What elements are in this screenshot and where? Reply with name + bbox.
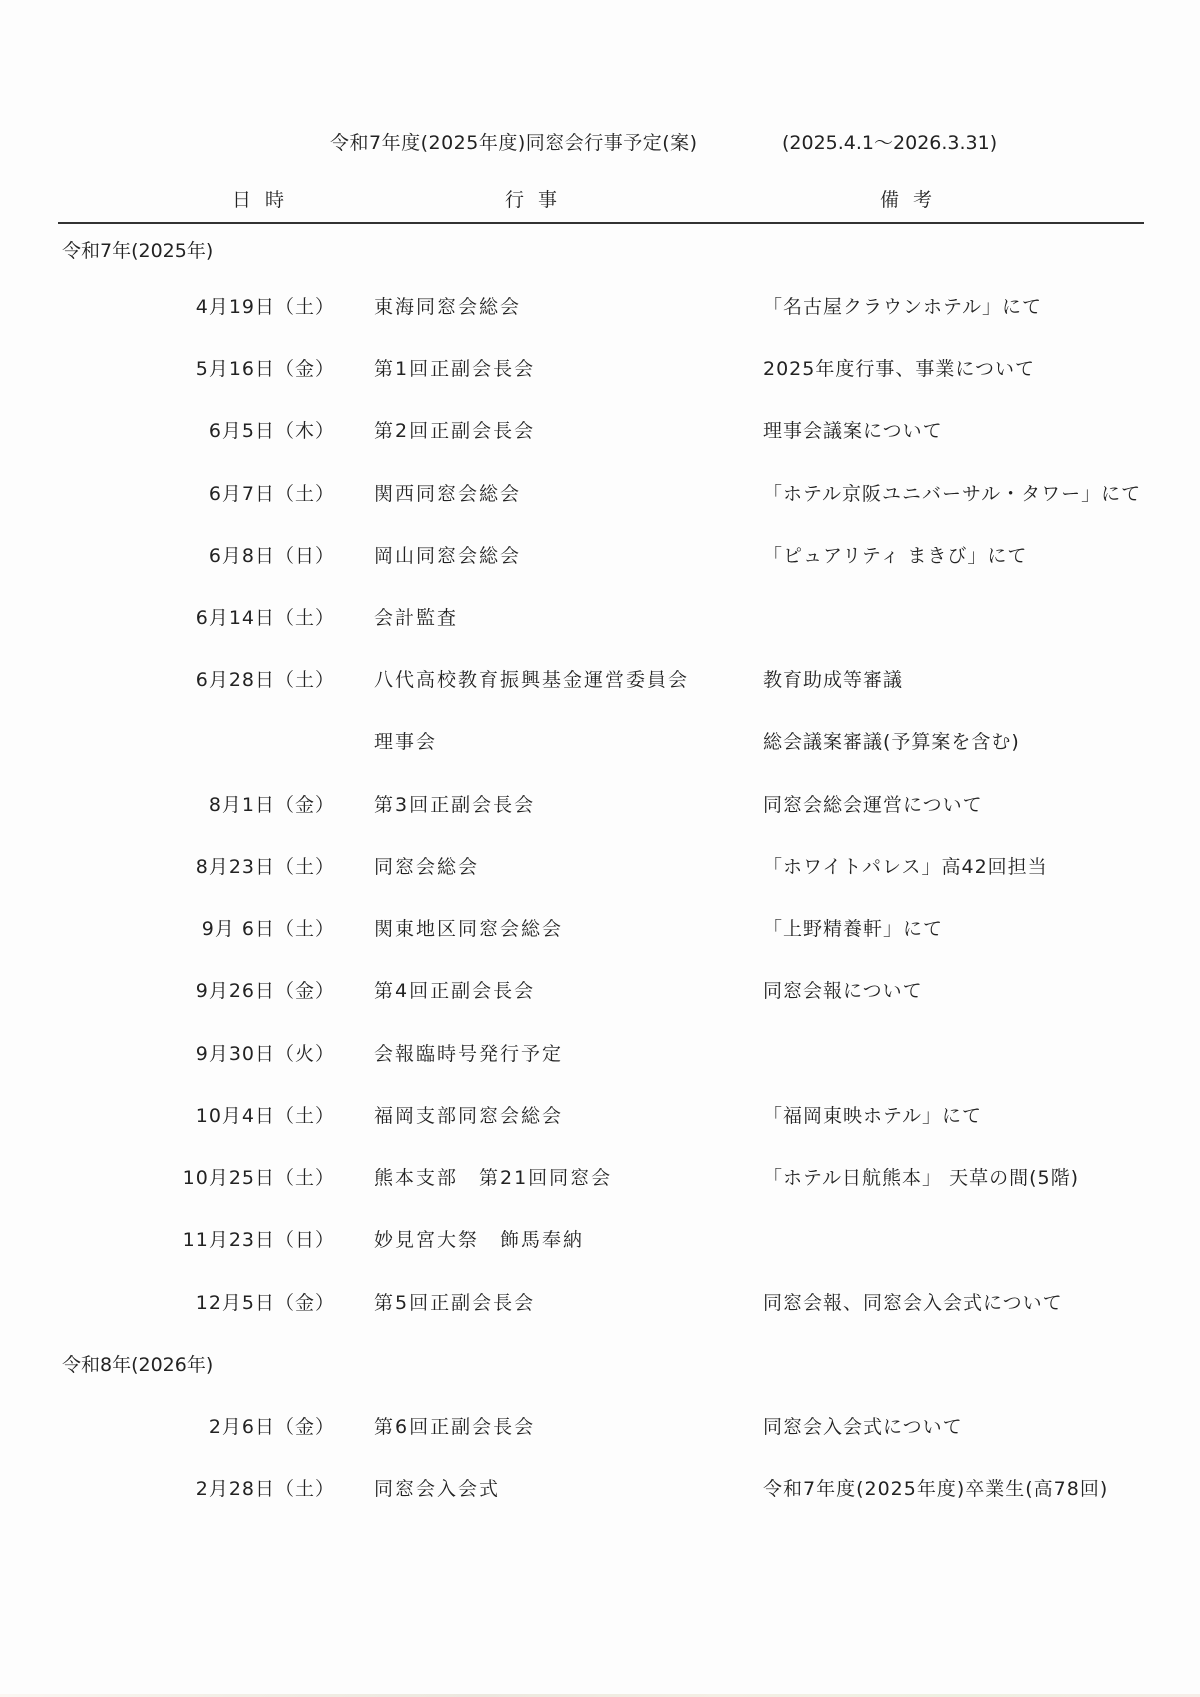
section-header-2026: 令和8年(2026年) [62,1350,213,1377]
row-note: 同窓会報について [763,976,923,1003]
row-note: 総会議案審議(予算案を含む) [763,727,1020,754]
header-divider [58,222,1144,224]
row-note: 2025年度行事、事業について [763,354,1035,381]
schedule-row: 6月28日（土） 八代高校教育振興基金運営委員会 教育助成等審議 [0,665,1200,695]
row-event: 理事会 [374,727,437,754]
section-header-2025: 令和7年(2025年) [62,236,213,263]
row-note: 「上野精養軒」にて [763,914,943,941]
row-date: 11月23日（日） [183,1225,335,1252]
row-date: 6月8日（日） [209,541,335,568]
row-event: 東海同窓会総会 [374,292,521,319]
row-note: 「福岡東映ホテル」にて [763,1101,982,1128]
document-page: 令和7年度(2025年度)同窓会行事予定(案) (2025.4.1～2026.3… [0,0,1200,1697]
row-date: 6月28日（土） [196,665,335,692]
row-date: 6月5日（木） [209,416,335,443]
row-note: 「ホワイトパレス」高42回担当 [763,852,1048,879]
row-event: 妙見宮大祭 飾馬奉納 [374,1225,584,1252]
document-title-line: 令和7年度(2025年度)同窓会行事予定(案) (2025.4.1～2026.3… [0,128,1200,158]
schedule-row: 8月1日（金） 第3回正副会長会 同窓会総会運営について [0,790,1200,820]
row-note: 「名古屋クラウンホテル」にて [763,292,1042,319]
row-event: 第4回正副会長会 [374,976,535,1003]
schedule-row: 12月5日（金） 第5回正副会長会 同窓会報、同窓会入会式について [0,1288,1200,1318]
row-event: 関西同窓会総会 [374,479,521,506]
schedule-row: 6月7日（土） 関西同窓会総会 「ホテル京阪ユニバーサル・タワー」にて [0,479,1200,509]
schedule-row: 4月19日（土） 東海同窓会総会 「名古屋クラウンホテル」にて [0,292,1200,322]
column-header-date: 日時 [232,185,298,212]
row-date: 9月26日（金） [196,976,335,1003]
row-date: 5月16日（金） [196,354,335,381]
row-event: 会計監査 [374,603,458,630]
document-title: 令和7年度(2025年度)同窓会行事予定(案) [330,128,698,155]
row-event: 同窓会入会式 [374,1474,500,1501]
schedule-row: 2月6日（金） 第6回正副会長会 同窓会入会式について [0,1412,1200,1442]
row-date: 10月25日（土） [183,1163,335,1190]
schedule-row: 9月 6日（土） 関東地区同窓会総会 「上野精養軒」にて [0,914,1200,944]
row-note: 同窓会報、同窓会入会式について [763,1288,1063,1315]
row-event: 第1回正副会長会 [374,354,535,381]
row-date: 8月1日（金） [209,790,335,817]
schedule-row: 8月23日（土） 同窓会総会 「ホワイトパレス」高42回担当 [0,852,1200,882]
row-event: 同窓会総会 [374,852,479,879]
schedule-row: 6月8日（日） 岡山同窓会総会 「ピュアリティ まきび」にて [0,541,1200,571]
row-date: 6月7日（土） [209,479,335,506]
row-event: 第6回正副会長会 [374,1412,535,1439]
row-event: 岡山同窓会総会 [374,541,521,568]
row-event: 第5回正副会長会 [374,1288,535,1315]
row-date: 2月28日（土） [196,1474,335,1501]
row-date: 9月30日（火） [196,1039,335,1066]
schedule-row: 9月30日（火） 会報臨時号発行予定 [0,1039,1200,1069]
schedule-row: 6月14日（土） 会計監査 [0,603,1200,633]
row-event: 八代高校教育振興基金運営委員会 [374,665,689,692]
row-event: 熊本支部 第21回同窓会 [374,1163,612,1190]
row-date: 8月23日（土） [196,852,335,879]
row-date: 2月6日（金） [209,1412,335,1439]
row-event: 第3回正副会長会 [374,790,535,817]
schedule-row: 10月4日（土） 福岡支部同窓会総会 「福岡東映ホテル」にて [0,1101,1200,1131]
row-note: 同窓会総会運営について [763,790,983,817]
schedule-row: 5月16日（金） 第1回正副会長会 2025年度行事、事業について [0,354,1200,384]
schedule-row: 11月23日（日） 妙見宮大祭 飾馬奉納 [0,1225,1200,1255]
row-event: 会報臨時号発行予定 [374,1039,563,1066]
row-date: 4月19日（土） [196,292,335,319]
row-note: 「ピュアリティ まきび」にて [763,541,1027,568]
schedule-row: 10月25日（土） 熊本支部 第21回同窓会 「ホテル日航熊本」 天草の間(5階… [0,1163,1200,1193]
row-event: 第2回正副会長会 [374,416,535,443]
row-event: 福岡支部同窓会総会 [374,1101,563,1128]
schedule-row: 2月28日（土） 同窓会入会式 令和7年度(2025年度)卒業生(高78回) [0,1474,1200,1504]
row-note: 同窓会入会式について [763,1412,963,1439]
column-header-note: 備考 [880,185,946,212]
row-event: 関東地区同窓会総会 [374,914,563,941]
row-note: 理事会議案について [763,416,943,443]
schedule-row: 9月26日（金） 第4回正副会長会 同窓会報について [0,976,1200,1006]
row-date: 12月5日（金） [196,1288,335,1315]
document-period: (2025.4.1～2026.3.31) [782,128,997,155]
row-date: 10月4日（土） [196,1101,335,1128]
row-note: 令和7年度(2025年度)卒業生(高78回) [763,1474,1108,1501]
row-date: 6月14日（土） [196,603,335,630]
schedule-row: 6月5日（木） 第2回正副会長会 理事会議案について [0,416,1200,446]
row-note: 「ホテル京阪ユニバーサル・タワー」にて [763,479,1141,506]
row-note: 「ホテル日航熊本」 天草の間(5階) [763,1163,1079,1190]
row-note: 教育助成等審議 [763,665,903,692]
row-date: 9月 6日（土） [202,914,335,941]
schedule-row: 理事会 総会議案審議(予算案を含む) [0,727,1200,757]
column-header-event: 行事 [505,185,571,212]
